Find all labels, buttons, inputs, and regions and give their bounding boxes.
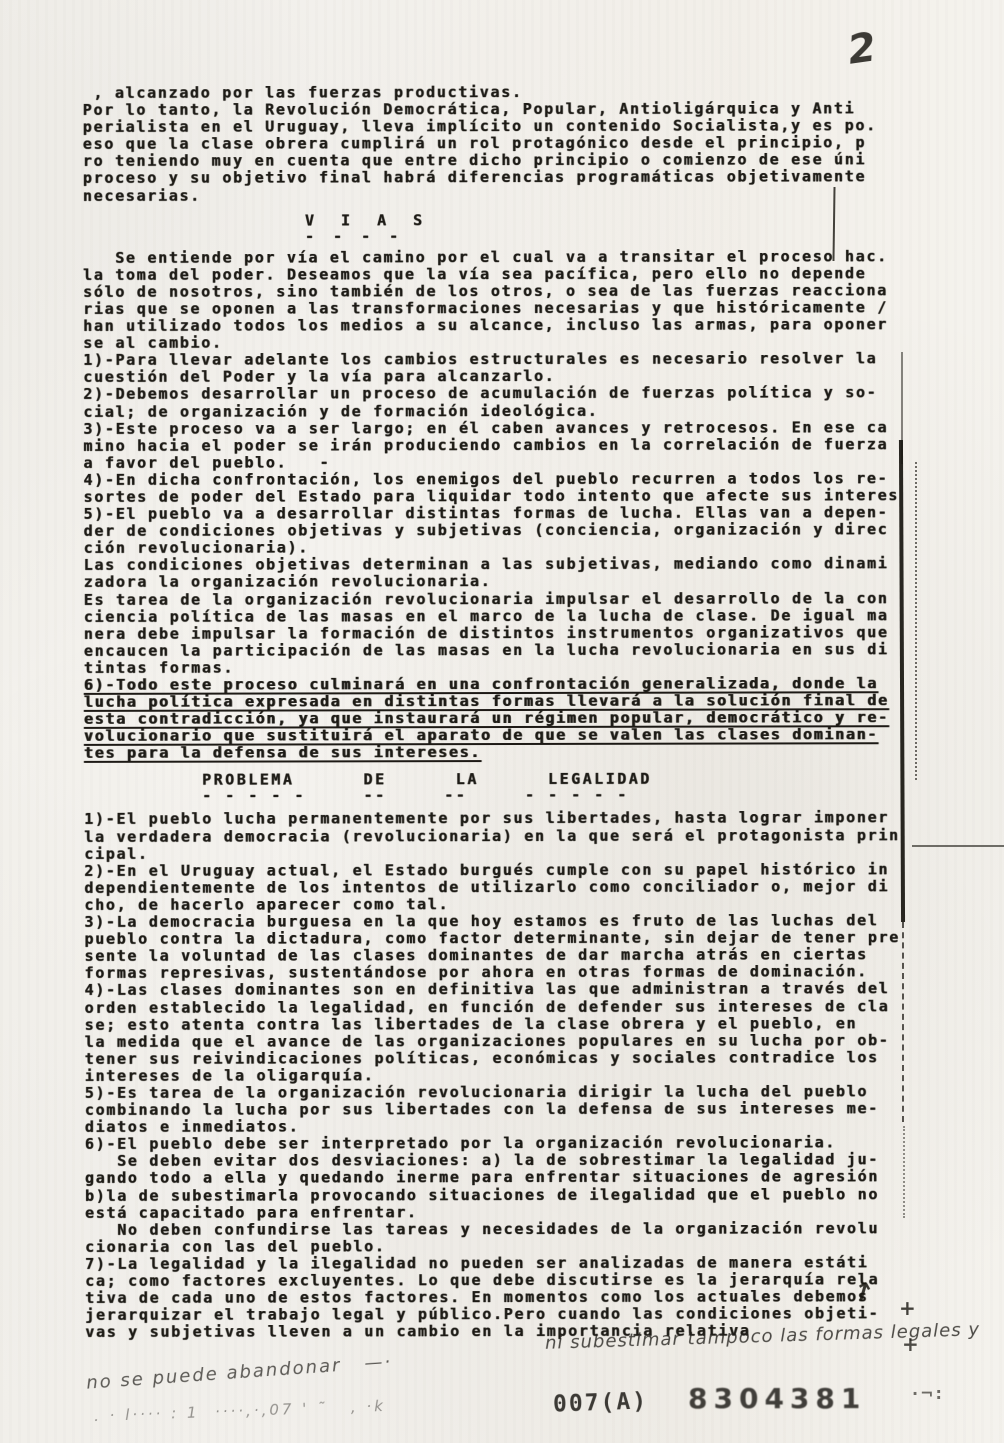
serial-number-stamp: 8304381 (688, 1382, 866, 1415)
typed-text-column: , alcanzado por las fuerzas productivas.… (83, 83, 946, 1341)
typed-line: la verdadera democracia (revolucionaria)… (84, 827, 944, 846)
typed-line: b)la de subestimarla provocando situacio… (85, 1186, 945, 1205)
intro-paragraph: , alcanzado por las fuerzas productivas.… (83, 83, 943, 204)
typed-line: Las condiciones objetivas determinan a l… (84, 555, 944, 574)
handwritten-cross-mark: + (899, 1296, 916, 1320)
margin-pen-line-dotted-lower (903, 1126, 905, 1218)
typed-line: combinando la lucha por sus libertades c… (85, 1100, 945, 1119)
legalidad-numbered-points: 1)-El pueblo lucha permanentemente por s… (84, 810, 945, 1342)
handwritten-dot-marks: ·¬: (912, 1384, 944, 1403)
section-heading-legalidad: PROBLEMA DE LA LEGALIDAD - - - - - -- --… (202, 769, 944, 806)
typed-line: dependientemente de los intentos de util… (84, 878, 944, 897)
typed-line: han utilizado todos los medios a su alca… (83, 316, 943, 335)
typed-line: der de condiciones objetivas y subjetiva… (84, 521, 944, 540)
heading-vias-underline: - - - - (305, 229, 943, 245)
vias-numbered-points: 1)-Para llevar adelante los cambios estr… (83, 350, 944, 677)
document-code-stamp: 007(A) (553, 1388, 649, 1417)
heading-legalidad-underline: - - - - - -- -- - - - - - (202, 789, 944, 806)
typed-line: volucionario que sustituirá el aparato d… (84, 726, 944, 745)
typed-line: tener sus reivindicaciones políticas, ec… (85, 1049, 945, 1068)
scanned-document-page: , alcanzado por las fuerzas productivas.… (0, 0, 1004, 1443)
typed-line: encaucen la participación de las masas e… (84, 641, 944, 660)
vias-underlined-point-6: 6)-Todo este proceso culminará en una co… (84, 675, 944, 762)
handwritten-page-number: 2 (845, 24, 879, 73)
margin-pen-hline (912, 845, 1004, 847)
typed-line: proceso y su objetivo final habrá difere… (83, 169, 943, 188)
handwritten-cross-mark: + (902, 1332, 919, 1356)
section-heading-vias: V I A S - - - - (305, 209, 943, 245)
typed-line: necesarias. (83, 186, 943, 205)
typed-line: No deben confundirse las tareas y necesi… (85, 1220, 945, 1239)
vias-paragraph: Se entiende por vía el camino por el cua… (83, 248, 943, 352)
handwritten-scribble-bottom: . · l···· : 1 ····,·,07 ' ˜ , ·k (94, 1397, 386, 1425)
typed-line: mino hacia el poder se irán produciendo … (83, 436, 943, 455)
typed-line: 2)-Debemos desarrollar un proceso de acu… (83, 385, 943, 404)
margin-pen-line-dotted (915, 462, 917, 780)
handwritten-note-left: no se puede abandonar —· (86, 1351, 393, 1393)
typed-line: tes para la defensa de sus intereses. (84, 743, 944, 762)
margin-pen-line-dashed (902, 922, 904, 1122)
